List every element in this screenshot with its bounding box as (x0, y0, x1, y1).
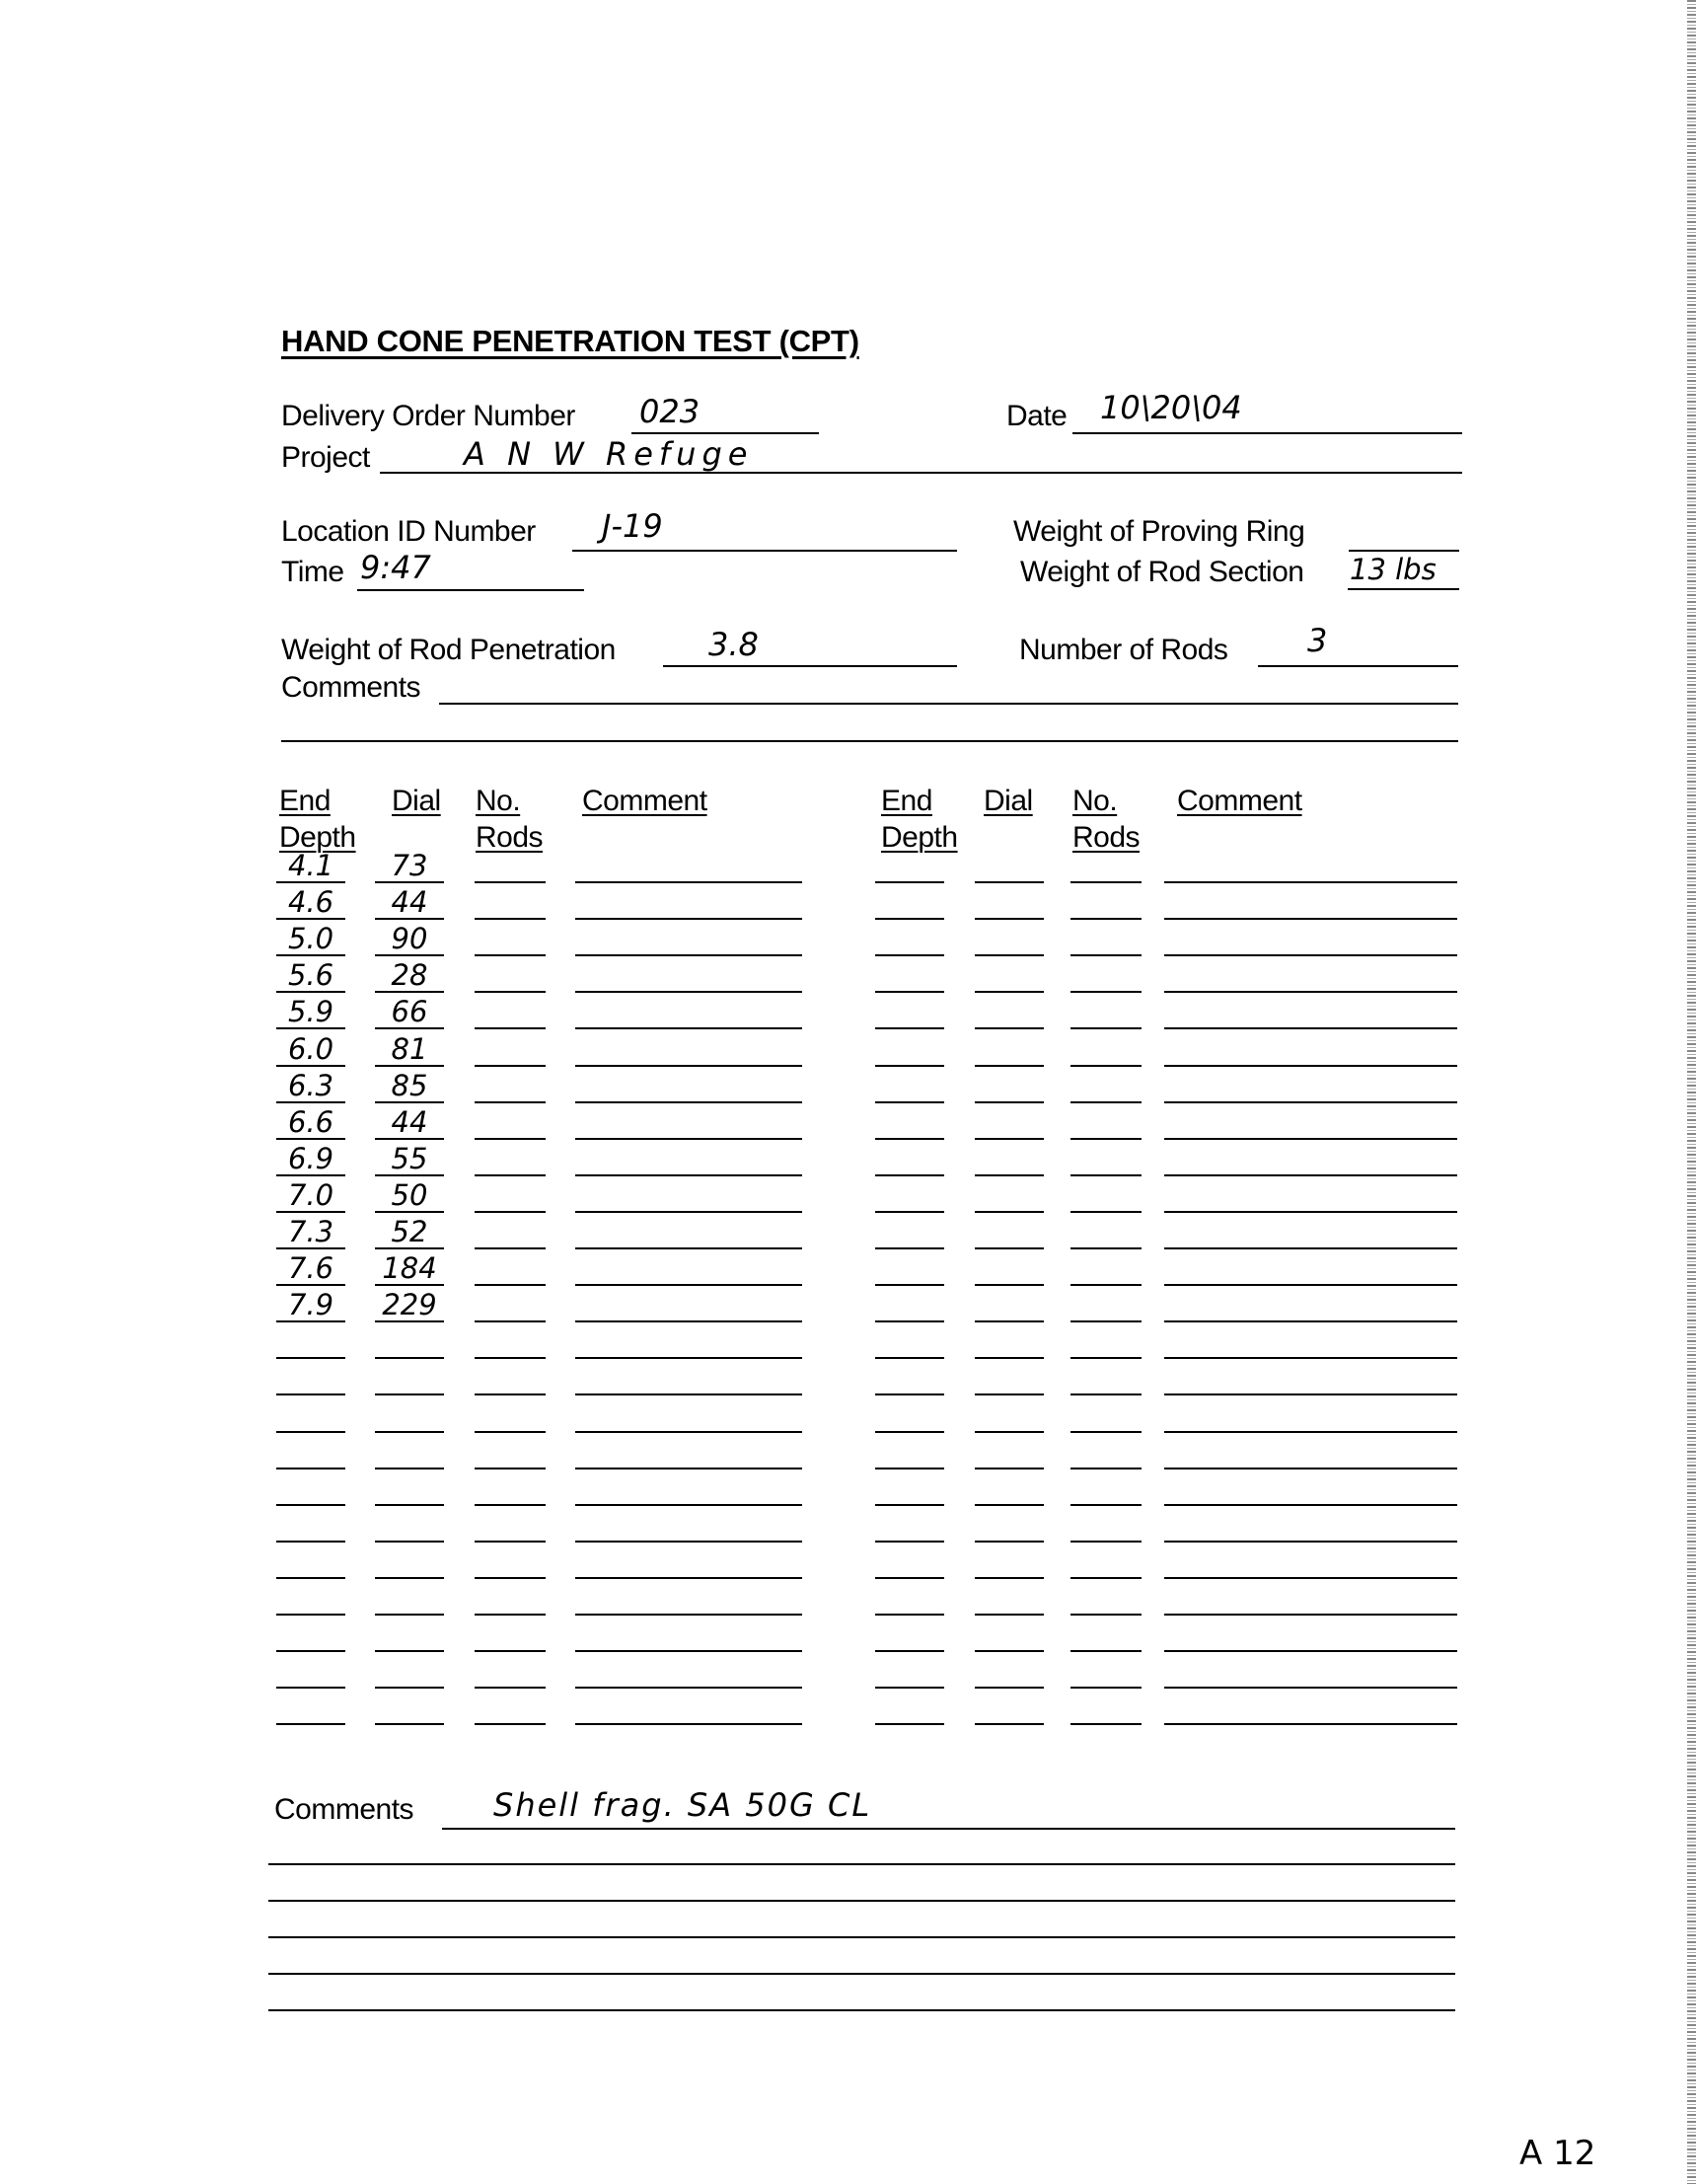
row-line (475, 991, 546, 993)
right-no-rods-cell[interactable] (1070, 1431, 1142, 1433)
row-line (575, 1650, 802, 1652)
right-dial-cell[interactable] (975, 1174, 1044, 1176)
right-no-rods-cell[interactable] (1070, 1687, 1142, 1689)
row-line (575, 1504, 802, 1506)
row-line (375, 1687, 444, 1689)
left-end-depth-cell[interactable]: 6.9 (276, 1144, 345, 1173)
row-line (375, 1357, 444, 1359)
right-dial-cell[interactable] (975, 1027, 1044, 1029)
row-line (475, 1723, 546, 1725)
right-dial-cell[interactable] (975, 1504, 1044, 1506)
location-id-line (572, 550, 957, 552)
delivery-order-label: Delivery Order Number (281, 400, 575, 433)
right-dial-cell[interactable] (975, 1320, 1044, 1322)
row-line (276, 1541, 345, 1543)
row-line (475, 1065, 546, 1067)
right-end-depth-cell[interactable] (875, 1577, 944, 1579)
right-dial-cell[interactable] (975, 1650, 1044, 1652)
row-line (575, 1284, 802, 1286)
time-label: Time (281, 556, 344, 589)
header-no: No. (1072, 783, 1140, 819)
row-line (475, 1393, 546, 1395)
right-end-depth-cell[interactable] (875, 1431, 944, 1433)
right-comment-cell[interactable] (1164, 1577, 1457, 1579)
left-dial-cell[interactable]: 73 (375, 851, 444, 880)
right-no-rods-cell[interactable] (1070, 1284, 1142, 1286)
left-dial-cell[interactable]: 90 (375, 924, 444, 953)
row-line (575, 1723, 802, 1725)
right-end-depth-cell[interactable] (875, 1393, 944, 1395)
bottom-comments-line-6 (268, 2009, 1455, 2011)
row-line (575, 918, 802, 920)
right-comment-cell[interactable] (1164, 954, 1457, 956)
time-line (357, 589, 584, 591)
right-comment-cell[interactable] (1164, 1174, 1457, 1176)
row-line (475, 1577, 546, 1579)
row-line (375, 1431, 444, 1433)
row-line (575, 1577, 802, 1579)
right-end-depth-cell[interactable] (875, 1468, 944, 1469)
row-line (575, 1357, 802, 1359)
right-comment-cell[interactable] (1164, 1687, 1457, 1689)
row-line (276, 1504, 345, 1506)
right-dial-cell[interactable] (975, 918, 1044, 920)
row-line (475, 1027, 546, 1029)
row-line (575, 1101, 802, 1103)
right-no-rods-cell[interactable] (1070, 1211, 1142, 1213)
right-end-depth-cell[interactable] (875, 1504, 944, 1506)
right-no-rods-cell[interactable] (1070, 1504, 1142, 1506)
row-line (475, 1247, 546, 1249)
row-line (375, 1723, 444, 1725)
row-line (475, 1468, 546, 1469)
right-end-depth-cell[interactable] (875, 1065, 944, 1067)
row-line (475, 1504, 546, 1506)
header-end-depth-left: End Depth (279, 783, 356, 856)
right-end-depth-cell[interactable] (875, 1687, 944, 1689)
row-line (475, 1101, 546, 1103)
right-dial-cell[interactable] (975, 1614, 1044, 1616)
weight-rod-section-line (1348, 588, 1459, 590)
right-comment-cell[interactable] (1164, 1504, 1457, 1506)
bottom-comments-line-4 (268, 1936, 1455, 1938)
page-number: A 12 (1519, 2134, 1595, 2173)
left-end-depth-cell[interactable]: 4.6 (276, 887, 345, 917)
bottom-comments-line-2 (268, 1863, 1455, 1865)
header-no: No. (476, 783, 543, 819)
row-line (475, 918, 546, 920)
form-title: HAND CONE PENETRATION TEST (CPT) (281, 324, 859, 359)
row-line (575, 1065, 802, 1067)
row-line (575, 1320, 802, 1322)
location-id-label: Location ID Number (281, 515, 536, 549)
left-end-depth-cell[interactable]: 7.6 (276, 1253, 345, 1283)
left-dial-cell[interactable]: 28 (375, 960, 444, 990)
right-comment-cell[interactable] (1164, 1101, 1457, 1103)
row-line (276, 1393, 345, 1395)
right-comment-cell[interactable] (1164, 1065, 1457, 1067)
row-line (575, 991, 802, 993)
left-end-depth-cell[interactable]: 5.9 (276, 997, 345, 1026)
row-line (475, 1650, 546, 1652)
row-line (575, 1687, 802, 1689)
bottom-comments-line-5 (268, 1973, 1455, 1975)
right-end-depth-cell[interactable] (875, 1174, 944, 1176)
header-end: End (279, 783, 356, 819)
row-line (575, 881, 802, 883)
right-dial-cell[interactable] (975, 1431, 1044, 1433)
right-no-rods-cell[interactable] (1070, 1101, 1142, 1103)
number-of-rods-label: Number of Rods (1019, 634, 1227, 667)
row-line (475, 1320, 546, 1322)
right-dial-cell[interactable] (975, 954, 1044, 956)
right-dial-cell[interactable] (975, 1247, 1044, 1249)
right-dial-cell[interactable] (975, 1468, 1044, 1469)
row-line (575, 1138, 802, 1140)
right-comment-cell[interactable] (1164, 1027, 1457, 1029)
left-end-depth-cell[interactable]: 6.6 (276, 1107, 345, 1137)
header-no-rods-left: No. Rods (476, 783, 543, 856)
left-dial-cell[interactable]: 184 (375, 1253, 444, 1283)
right-no-rods-cell[interactable] (1070, 1320, 1142, 1322)
time-value[interactable]: 9:47 (360, 551, 431, 584)
row-line (475, 1541, 546, 1543)
left-dial-cell[interactable]: 44 (375, 887, 444, 917)
left-end-depth-cell[interactable]: 7.0 (276, 1180, 345, 1210)
right-no-rods-cell[interactable] (1070, 1541, 1142, 1543)
row-line (575, 1027, 802, 1029)
right-end-depth-cell[interactable] (875, 1614, 944, 1616)
row-line (276, 1687, 345, 1689)
right-comment-cell[interactable] (1164, 1357, 1457, 1359)
project-value[interactable]: A N W Refuge (464, 437, 753, 471)
row-line (475, 881, 546, 883)
row-line (276, 1357, 345, 1359)
left-dial-cell[interactable]: 66 (375, 997, 444, 1026)
header-depth: Depth (881, 819, 958, 856)
bottom-comments-line (442, 1828, 1455, 1830)
right-comment-cell[interactable] (1164, 1247, 1457, 1249)
row-line (276, 1723, 345, 1725)
right-no-rods-cell[interactable] (1070, 1650, 1142, 1652)
location-id-value[interactable]: J-19 (602, 509, 663, 543)
right-no-rods-cell[interactable] (1070, 1723, 1142, 1725)
right-no-rods-cell[interactable] (1070, 881, 1142, 883)
right-dial-cell[interactable] (975, 1065, 1044, 1067)
left-dial-cell[interactable]: 52 (375, 1217, 444, 1246)
row-line (276, 1650, 345, 1652)
right-no-rods-cell[interactable] (1070, 1393, 1142, 1395)
right-dial-cell[interactable] (975, 1284, 1044, 1286)
right-end-depth-cell[interactable] (875, 1357, 944, 1359)
header-rods: Rods (476, 819, 543, 856)
comments-line (439, 703, 1458, 705)
weight-rod-penetration-label: Weight of Rod Penetration (281, 634, 616, 667)
right-comment-cell[interactable] (1164, 1614, 1457, 1616)
right-dial-cell[interactable] (975, 881, 1044, 883)
row-line (375, 1650, 444, 1652)
project-label: Project (281, 441, 370, 475)
right-comment-cell[interactable] (1164, 1650, 1457, 1652)
right-dial-cell[interactable] (975, 1101, 1044, 1103)
row-line (375, 1504, 444, 1506)
comments-line-2 (281, 740, 1458, 742)
row-line (575, 1174, 802, 1176)
row-line (475, 1431, 546, 1433)
row-line (475, 1687, 546, 1689)
header-rods: Rods (1072, 819, 1140, 856)
right-comment-cell[interactable] (1164, 1211, 1457, 1213)
bottom-comments-line-3 (268, 1900, 1455, 1902)
right-end-depth-cell[interactable] (875, 1211, 944, 1213)
left-dial-cell[interactable]: 229 (375, 1290, 444, 1319)
right-no-rods-cell[interactable] (1070, 1357, 1142, 1359)
right-comment-cell[interactable] (1164, 1541, 1457, 1543)
weight-rod-penetration-line (663, 665, 957, 667)
date-value[interactable]: 10\20\04 (1100, 391, 1242, 424)
left-end-depth-cell[interactable]: 4.1 (276, 851, 345, 880)
row-line (375, 1393, 444, 1395)
right-dial-cell[interactable] (975, 1357, 1044, 1359)
row-line (276, 1431, 345, 1433)
row-line (475, 1138, 546, 1140)
right-comment-cell[interactable] (1164, 881, 1457, 883)
row-line (575, 1247, 802, 1249)
right-end-depth-cell[interactable] (875, 1320, 944, 1322)
right-comment-cell[interactable] (1164, 1468, 1457, 1469)
right-dial-cell[interactable] (975, 1687, 1044, 1689)
weight-rod-penetration-value[interactable]: 3.8 (708, 628, 759, 661)
right-no-rods-cell[interactable] (1070, 1577, 1142, 1579)
weight-proving-ring-label: Weight of Proving Ring (1013, 515, 1304, 549)
row-line (575, 1393, 802, 1395)
right-no-rods-cell[interactable] (1070, 1065, 1142, 1067)
left-dial-cell[interactable]: 50 (375, 1180, 444, 1210)
header-comment-right: Comment (1177, 783, 1302, 819)
row-line (375, 1541, 444, 1543)
row-line (475, 954, 546, 956)
right-dial-cell[interactable] (975, 991, 1044, 993)
right-dial-cell[interactable] (975, 1577, 1044, 1579)
row-line (475, 1357, 546, 1359)
left-end-depth-cell[interactable]: 7.3 (276, 1217, 345, 1246)
right-comment-cell[interactable] (1164, 1284, 1457, 1286)
left-end-depth-cell[interactable]: 5.6 (276, 960, 345, 990)
right-no-rods-cell[interactable] (1070, 1138, 1142, 1140)
left-dial-cell[interactable]: 81 (375, 1034, 444, 1064)
left-dial-cell[interactable]: 85 (375, 1071, 444, 1100)
date-label: Date (1006, 400, 1067, 433)
row-line (475, 1211, 546, 1213)
right-end-depth-cell[interactable] (875, 1650, 944, 1652)
right-comment-cell[interactable] (1164, 1393, 1457, 1395)
bottom-comments-label: Comments (274, 1793, 413, 1827)
row-line (575, 1614, 802, 1616)
header-comment-left: Comment (582, 783, 707, 819)
right-no-rods-cell[interactable] (1070, 1027, 1142, 1029)
right-comment-cell[interactable] (1164, 918, 1457, 920)
row-line (475, 1284, 546, 1286)
left-end-depth-cell[interactable]: 6.0 (276, 1034, 345, 1064)
row-line (475, 1614, 546, 1616)
row-line (575, 954, 802, 956)
right-comment-cell[interactable] (1164, 1138, 1457, 1140)
right-end-depth-cell[interactable] (875, 918, 944, 920)
scan-edge (1687, 0, 1696, 2184)
row-line (575, 1468, 802, 1469)
delivery-order-value[interactable]: 023 (639, 395, 700, 428)
weight-rod-section-label: Weight of Rod Section (1020, 556, 1303, 589)
right-end-depth-cell[interactable] (875, 1284, 944, 1286)
row-line (575, 1431, 802, 1433)
right-dial-cell[interactable] (975, 1393, 1044, 1395)
row-line (276, 1577, 345, 1579)
header-no-rods-right: No. Rods (1072, 783, 1140, 856)
right-no-rods-cell[interactable] (1070, 1468, 1142, 1469)
row-line (475, 1174, 546, 1176)
weight-rod-section-value[interactable]: 13 lbs (1350, 553, 1437, 586)
row-line (375, 1468, 444, 1469)
right-comment-cell[interactable] (1164, 1431, 1457, 1433)
number-of-rods-value[interactable]: 3 (1307, 624, 1327, 657)
bottom-comments-value[interactable]: Shell frag. SA 50G CL (493, 1788, 871, 1822)
right-no-rods-cell[interactable] (1070, 1174, 1142, 1176)
right-no-rods-cell[interactable] (1070, 991, 1142, 993)
row-line (575, 1541, 802, 1543)
right-comment-cell[interactable] (1164, 1320, 1457, 1322)
number-of-rods-line (1258, 665, 1458, 667)
left-end-depth-cell[interactable]: 7.9 (276, 1290, 345, 1319)
left-dial-cell[interactable]: 55 (375, 1144, 444, 1173)
comments-label: Comments (281, 671, 420, 705)
header-end-depth-right: End Depth (881, 783, 958, 856)
row-line (375, 1577, 444, 1579)
right-end-depth-cell[interactable] (875, 1247, 944, 1249)
left-end-depth-cell[interactable]: 5.0 (276, 924, 345, 953)
weight-proving-ring-line (1349, 550, 1459, 552)
right-end-depth-cell[interactable] (875, 1101, 944, 1103)
right-end-depth-cell[interactable] (875, 954, 944, 956)
row-line (276, 1468, 345, 1469)
header-dial-right: Dial (984, 783, 1033, 819)
right-end-depth-cell[interactable] (875, 1723, 944, 1725)
row-line (375, 1614, 444, 1616)
right-no-rods-cell[interactable] (1070, 954, 1142, 956)
delivery-order-line (631, 432, 819, 434)
right-dial-cell[interactable] (975, 1723, 1044, 1725)
header-dial-left: Dial (392, 783, 441, 819)
header-end: End (881, 783, 958, 819)
right-comment-cell[interactable] (1164, 991, 1457, 993)
right-dial-cell[interactable] (975, 1211, 1044, 1213)
right-end-depth-cell[interactable] (875, 1138, 944, 1140)
left-dial-cell[interactable]: 44 (375, 1107, 444, 1137)
right-no-rods-cell[interactable] (1070, 918, 1142, 920)
right-comment-cell[interactable] (1164, 1723, 1457, 1725)
left-end-depth-cell[interactable]: 6.3 (276, 1071, 345, 1100)
right-end-depth-cell[interactable] (875, 881, 944, 883)
right-end-depth-cell[interactable] (875, 991, 944, 993)
right-no-rods-cell[interactable] (1070, 1247, 1142, 1249)
row-line (575, 1211, 802, 1213)
row-line (276, 1614, 345, 1616)
right-dial-cell[interactable] (975, 1541, 1044, 1543)
date-line (1072, 432, 1462, 434)
right-dial-cell[interactable] (975, 1138, 1044, 1140)
right-end-depth-cell[interactable] (875, 1541, 944, 1543)
right-end-depth-cell[interactable] (875, 1027, 944, 1029)
right-no-rods-cell[interactable] (1070, 1614, 1142, 1616)
